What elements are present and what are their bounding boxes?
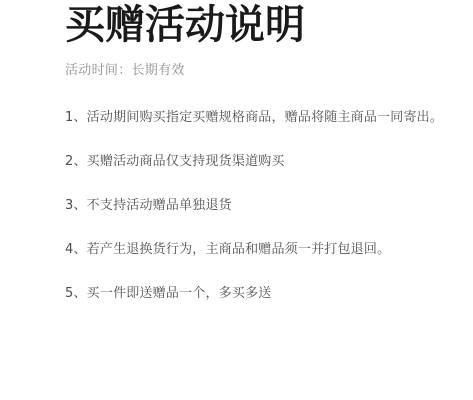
activity-time-label: 活动时间：长期有效 — [65, 59, 445, 78]
page-title: 买赠活动说明 — [65, 2, 445, 48]
rules-list: 1、活动期间购买指定买赠规格商品，赠品将随主商品一同寄出。 2、买赠活动商品仅支… — [65, 109, 445, 302]
rule-item-5: 5、买一件即送赠品一个，多买多送 — [65, 285, 445, 302]
rule-item-2: 2、买赠活动商品仅支持现货渠道购买 — [65, 153, 445, 170]
rule-item-3: 3、不支持活动赠品单独退货 — [65, 197, 445, 214]
promo-rules-page: 买赠活动说明 活动时间：长期有效 1、活动期间购买指定买赠规格商品，赠品将随主商… — [0, 0, 473, 400]
rule-item-1: 1、活动期间购买指定买赠规格商品，赠品将随主商品一同寄出。 — [65, 109, 445, 126]
rule-item-4: 4、若产生退换货行为，主商品和赠品须一并打包退回。 — [65, 241, 445, 258]
